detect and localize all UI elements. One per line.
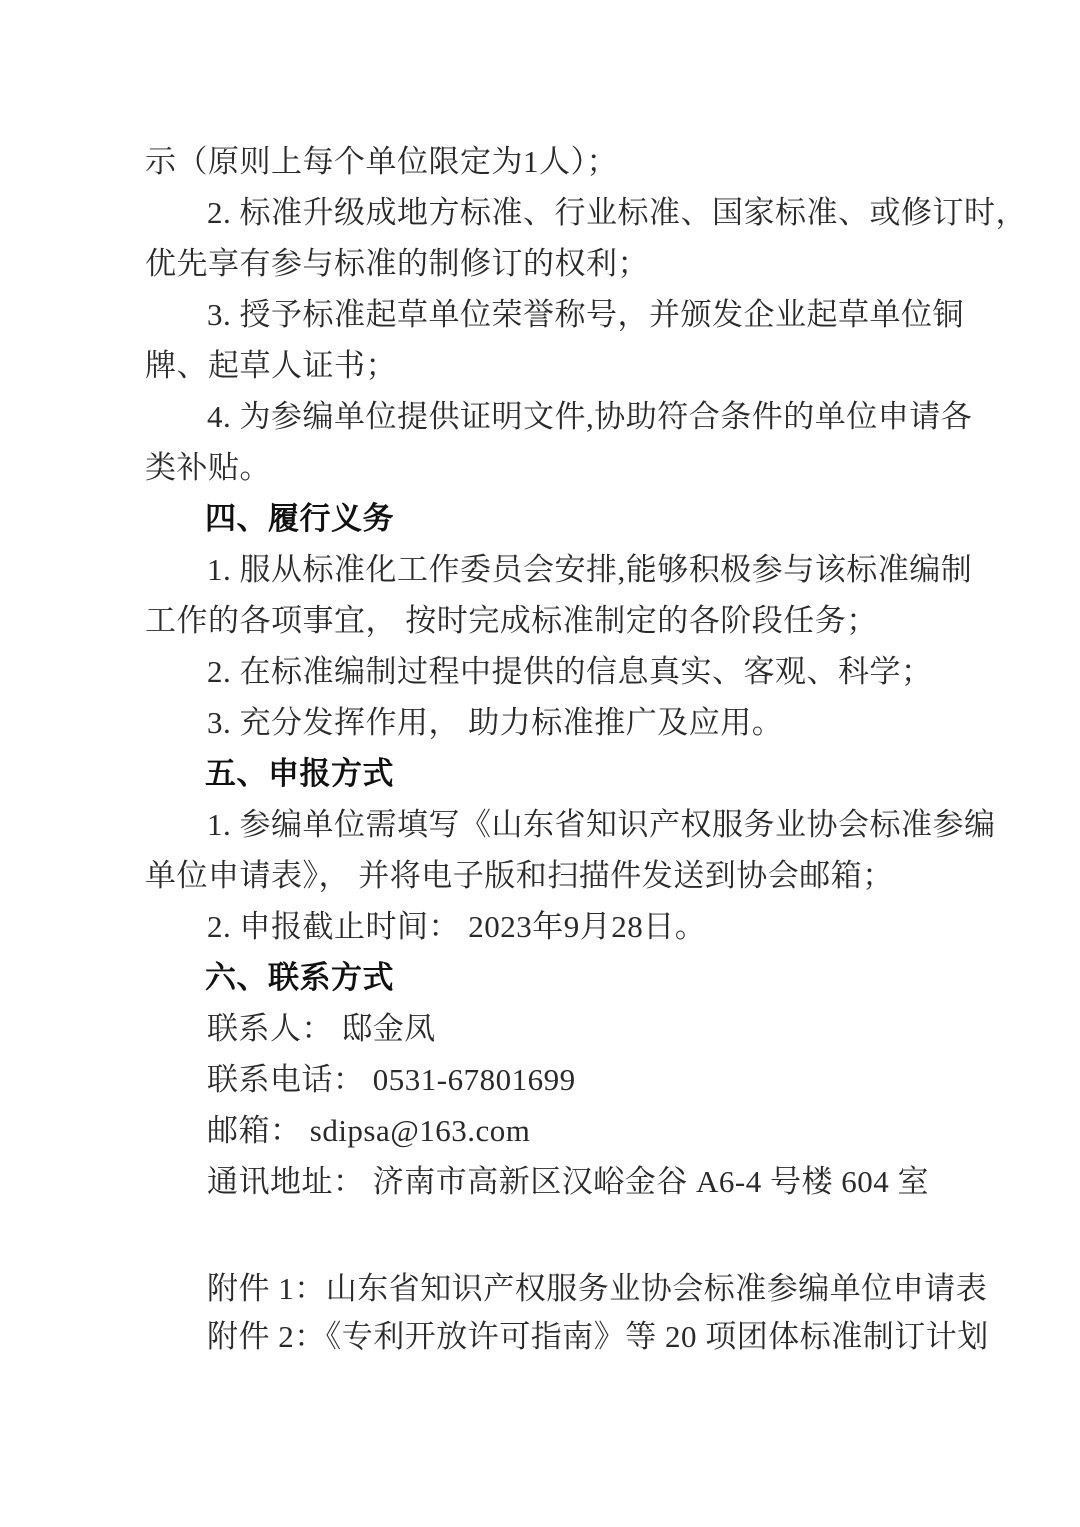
contact-phone-line: 联系电话： 0531-67801699 bbox=[145, 1054, 940, 1105]
attachment-2-line: 附件 2：《专利开放许可指南》等 20 项团体标准制订计划 bbox=[145, 1313, 940, 1361]
contact-address-line: 通讯地址： 济南市高新区汉峪金谷 A6-4 号楼 604 室 bbox=[145, 1156, 940, 1207]
document-page: 示（原则上每个单位限定为1人）； 2. 标准升级成地方标准、行业标准、国家标准、… bbox=[0, 0, 1080, 1527]
application-item-1: 1. 参编单位需填写《山东省知识产权服务业协会标准参编 bbox=[145, 799, 940, 850]
obligation-item-1: 1. 服从标准化工作委员会安排,能够积极参与该标准编制 bbox=[145, 544, 940, 595]
benefit-item-4: 4. 为参编单位提供证明文件,协助符合条件的单位申请各 bbox=[145, 391, 940, 442]
section-heading-application: 五、申报方式 bbox=[145, 748, 940, 799]
document-body: 示（原则上每个单位限定为1人）； 2. 标准升级成地方标准、行业标准、国家标准、… bbox=[145, 136, 940, 1361]
obligation-item-1-continuation: 工作的各项事宜， 按时完成标准制定的各阶段任务； bbox=[145, 595, 940, 646]
contact-person-line: 联系人： 邸金凤 bbox=[145, 1003, 940, 1054]
application-item-2-deadline: 2. 申报截止时间： 2023年9月28日。 bbox=[145, 901, 940, 952]
benefit-item-2-continuation: 优先享有参与标准的制修订的权利； bbox=[145, 238, 940, 289]
section-heading-obligations: 四、履行义务 bbox=[145, 493, 940, 544]
section-heading-contact: 六、联系方式 bbox=[145, 952, 940, 1003]
application-item-1-continuation: 单位申请表》， 并将电子版和扫描件发送到协会邮箱； bbox=[145, 850, 940, 901]
obligation-item-2: 2. 在标准编制过程中提供的信息真实、客观、科学； bbox=[145, 646, 940, 697]
benefit-item-4-continuation: 类补贴。 bbox=[145, 442, 940, 493]
benefit-item-2: 2. 标准升级成地方标准、行业标准、国家标准、或修订时， bbox=[145, 187, 940, 238]
paragraph-continuation: 示（原则上每个单位限定为1人）； bbox=[145, 136, 940, 187]
contact-email-line: 邮箱： sdipsa@163.com bbox=[145, 1105, 940, 1156]
attachment-1-line: 附件 1：山东省知识产权服务业协会标准参编单位申请表 bbox=[145, 1265, 940, 1313]
obligation-item-3: 3. 充分发挥作用， 助力标准推广及应用。 bbox=[145, 697, 940, 748]
benefit-item-3: 3. 授予标准起草单位荣誉称号，并颁发企业起草单位铜 bbox=[145, 289, 940, 340]
benefit-item-3-continuation: 牌、起草人证书； bbox=[145, 340, 940, 391]
